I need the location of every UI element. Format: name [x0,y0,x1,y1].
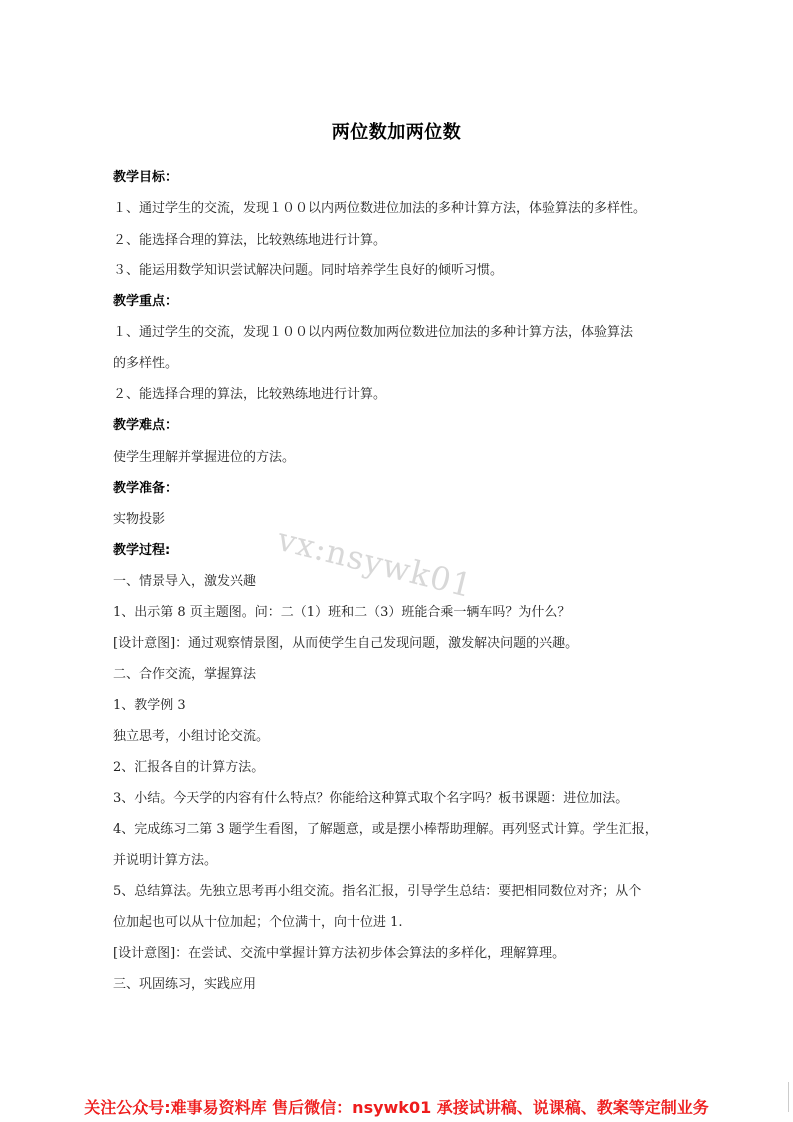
section-heading: 教学难点： [113,418,178,434]
paragraph-line: 一、情景导入，激发兴趣 [113,574,256,590]
footer-banner: 关注公众号:难事易资料库 售后微信：nsywk01 承接试讲稿、说课稿、教案等定… [0,1095,793,1118]
paragraph-line: 实物投影 [113,512,165,528]
paragraph-line: 二、合作交流，掌握算法 [113,667,256,683]
paragraph-line: 独立思考，小组讨论交流。 [113,729,269,745]
paragraph-line: 三、巩固练习，实践应用 [113,977,256,993]
section-heading: 教学重点： [113,294,178,310]
paragraph-line: 1、教学例 3 [113,698,186,714]
paragraph-line: [设计意图]：通过观察情景图，从而使学生自己发现问题，激发解决问题的兴趣。 [113,636,578,652]
paragraph-line: 并说明计算方法。 [113,853,217,869]
paragraph-line: ２、能选择合理的算法，比较熟练地进行计算。 [113,233,386,249]
paragraph-line: ３、能运用数学知识尝试解决问题。同时培养学生良好的倾听习惯。 [113,263,503,279]
section-heading: 教学目标： [113,170,178,186]
paragraph-line: 5、总结算法。先独立思考再小组交流。指名汇报，引导学生总结：要把相同数位对齐；从… [113,884,641,900]
paragraph-line: １、通过学生的交流，发现１００以内两位数加两位数进位加法的多种计算方法，体验算法 [113,325,633,341]
paragraph-line: ２、能选择合理的算法，比较熟练地进行计算。 [113,387,386,403]
paragraph-line: 位加起也可以从十位加起；个位满十，向十位进 1. [113,915,403,931]
document-title: 两位数加两位数 [0,118,793,144]
paragraph-line: 2、汇报各自的计算方法。 [113,760,264,776]
paragraph-line: 3、小结。今天学的内容有什么特点？你能给这种算式取个名字吗？板书课题：进位加法。 [113,791,628,807]
paragraph-line: １、通过学生的交流，发现１００以内两位数进位加法的多种计算方法，体验算法的多样性… [113,201,646,217]
watermark: vx:nsywk01 [274,520,477,605]
paragraph-line: 使学生理解并掌握进位的方法。 [113,450,295,466]
section-heading: 教学过程: [113,543,170,559]
page-corner-mark [788,1082,792,1112]
section-heading: 教学准备： [113,481,178,497]
paragraph-line: 1、出示第 8 页主题图。问：二（1）班和二（3）班能合乘一辆车吗？为什么？ [113,605,570,621]
paragraph-line: 4、完成练习二第 3 题学生看图，了解题意，或是摆小棒帮助理解。再列竖式计算。学… [113,822,658,838]
paragraph-line: [设计意图]：在尝试、交流中掌握计算方法初步体会算法的多样化，理解算理。 [113,946,565,962]
document-page: 两位数加两位数 教学目标：１、通过学生的交流，发现１００以内两位数进位加法的多种… [0,0,793,1122]
paragraph-line: 的多样性。 [113,356,178,372]
